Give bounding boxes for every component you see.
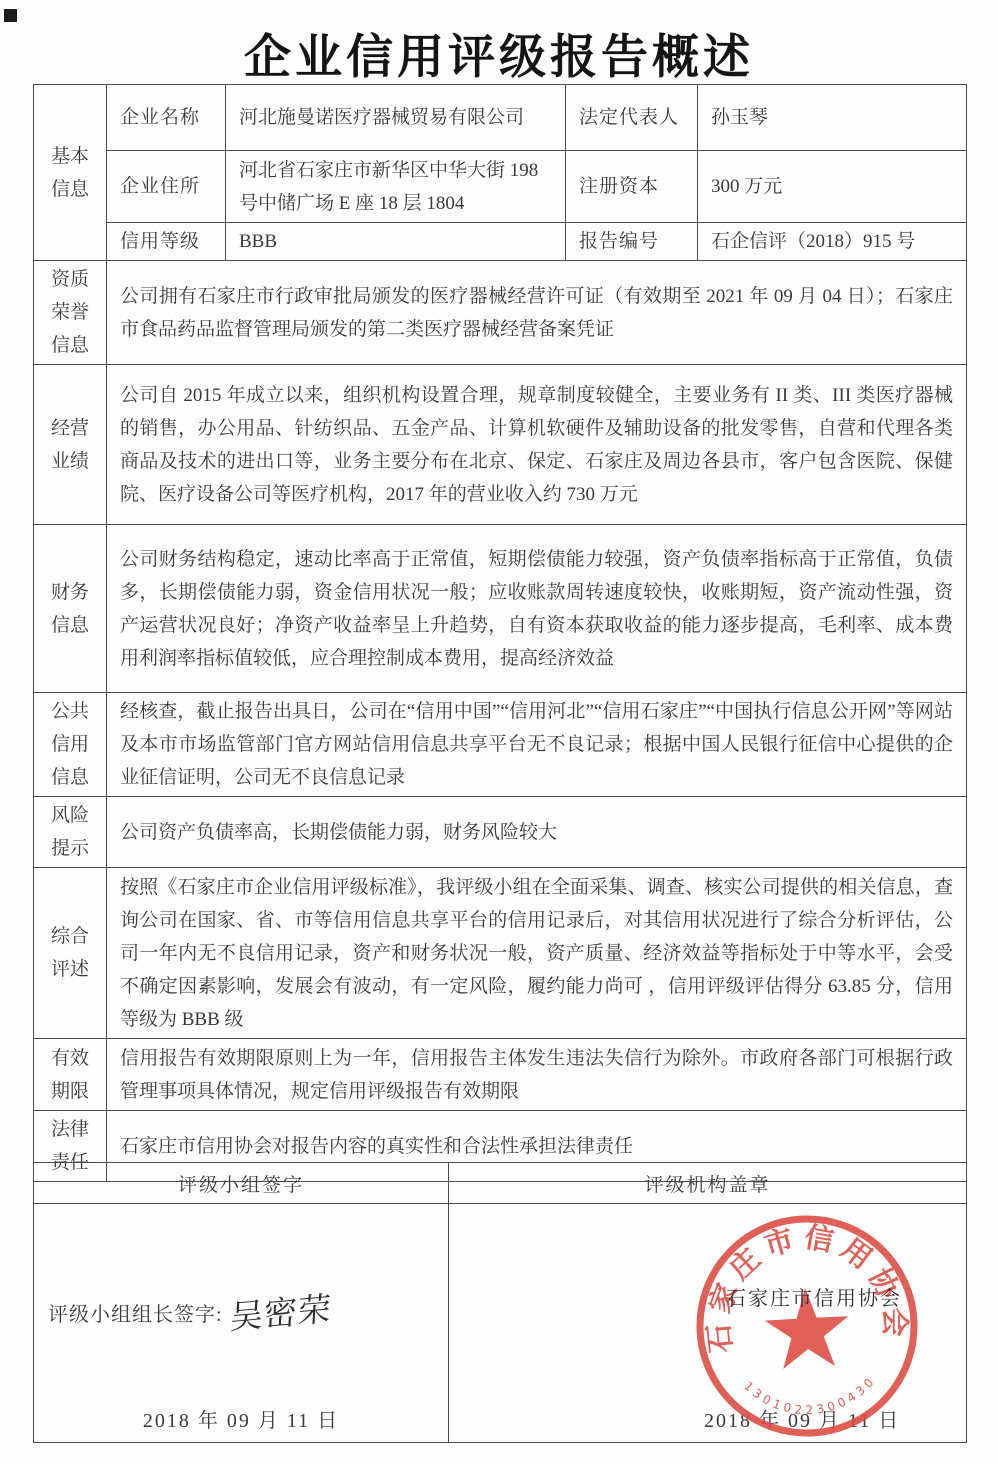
field-value: 300 万元	[698, 151, 967, 223]
field-value: BBB	[226, 223, 566, 261]
category-cell: 风险 提示	[34, 797, 107, 868]
field-label: 企业名称	[107, 85, 226, 151]
stamp-cell: 石家庄市信用协会 石家庄市信用协会 1301022300430	[449, 1204, 967, 1443]
category-cell: 公共 信用 信息	[34, 693, 107, 797]
printed-org-name: 石家庄市信用协会	[726, 1282, 902, 1311]
section-content: 公司财务结构稳定，速动比率高于正常值，短期偿债能力较强，资产负债率指标高于正常值…	[107, 525, 967, 693]
field-label: 法定代表人	[566, 85, 698, 151]
category-cell: 资质 荣誉 信息	[34, 261, 107, 365]
table-row: 有效 期限 信用报告有效期限原则上为一年，信用报告主体发生违法失信行为除外。市政…	[34, 1039, 967, 1111]
signature-label: 评级小组组长签字:	[48, 1304, 223, 1326]
category-cell: 基本 信息	[34, 85, 107, 261]
section-content: 经核查，截止报告出具日，公司在“信用中国”“信用河北”“信用石家庄”“中国执行信…	[107, 693, 967, 797]
field-label: 信用等级	[107, 223, 226, 261]
field-value: 石企信评（2018）915 号	[698, 223, 967, 261]
category-cell: 财务 信息	[34, 525, 107, 693]
section-content: 信用报告有效期限原则上为一年，信用报告主体发生违法失信行为除外。市政府各部门可根…	[107, 1039, 967, 1111]
table-row: 信用等级 BBB 报告编号 石企信评（2018）915 号	[34, 223, 967, 261]
page-title: 企业信用评级报告概述	[0, 20, 998, 87]
table-row: 基本 信息 企业名称 河北施曼诺医疗器械贸易有限公司 法定代表人 孙玉琴	[34, 85, 967, 151]
table-row: 综合 评述 按照《石家庄市企业信用评级标准》，我评级小组在全面采集、调查、核实公…	[34, 868, 967, 1039]
section-content: 按照《石家庄市企业信用评级标准》，我评级小组在全面采集、调查、核实公司提供的相关…	[107, 868, 967, 1039]
signature-line: 评级小组组长签字:吴密荣	[48, 1292, 331, 1339]
field-value: 河北省石家庄市新华区中华大街 198 号中储广场 E 座 18 层 1804	[226, 151, 566, 223]
field-label: 报告编号	[566, 223, 698, 261]
field-label: 企业住所	[107, 151, 226, 223]
handwritten-signature: 吴密荣	[229, 1283, 333, 1339]
signoff-table: 评级小组签字 评级机构盖章 评级小组组长签字:吴密荣 2018 年 09 月 1…	[33, 1162, 967, 1443]
category-cell: 经营 业绩	[34, 365, 107, 525]
table-row: 公共 信用 信息 经核查，截止报告出具日，公司在“信用中国”“信用河北”“信用石…	[34, 693, 967, 797]
category-cell: 有效 期限	[34, 1039, 107, 1111]
stamp-serial: 1301022300430	[741, 1372, 881, 1420]
table-row: 资质 荣誉 信息 公司拥有石家庄市行政审批局颁发的医疗器械经营许可证（有效期至 …	[34, 261, 967, 365]
report-page: 企业信用评级报告概述 基本 信息 企业名称 河北施曼诺医疗器械贸易有限公司 法定…	[0, 0, 998, 1464]
field-value: 河北施曼诺医疗器械贸易有限公司	[226, 85, 566, 151]
signature-cell: 评级小组组长签字:吴密荣 2018 年 09 月 11 日	[34, 1204, 449, 1443]
sign-header-left: 评级小组签字	[34, 1163, 449, 1204]
table-row: 评级小组组长签字:吴密荣 2018 年 09 月 11 日 石家庄市信用协会	[34, 1204, 967, 1443]
field-value: 孙玉琴	[698, 85, 967, 151]
report-table: 基本 信息 企业名称 河北施曼诺医疗器械贸易有限公司 法定代表人 孙玉琴 企业住…	[33, 84, 967, 1182]
table-row: 财务 信息 公司财务结构稳定，速动比率高于正常值，短期偿债能力较强，资产负债率指…	[34, 525, 967, 693]
table-row: 风险 提示 公司资产负债率高，长期偿债能力弱，财务风险较大	[34, 797, 967, 868]
field-label: 注册资本	[566, 151, 698, 223]
org-stamp: 石家庄市信用协会 1301022300430	[687, 1206, 927, 1446]
section-content: 公司资产负债率高，长期偿债能力弱，财务风险较大	[107, 797, 967, 868]
table-row: 经营 业绩 公司自 2015 年成立以来，组织机构设置合理，规章制度较健全，主要…	[34, 365, 967, 525]
sign-header-right: 评级机构盖章	[449, 1163, 967, 1204]
section-content: 公司自 2015 年成立以来，组织机构设置合理，规章制度较健全，主要业务有 II…	[107, 365, 967, 525]
table-row: 企业住所 河北省石家庄市新华区中华大街 198 号中储广场 E 座 18 层 1…	[34, 151, 967, 223]
category-cell: 综合 评述	[34, 868, 107, 1039]
signoff-date-left: 2018 年 09 月 11 日	[34, 1404, 448, 1433]
table-row: 评级小组签字 评级机构盖章	[34, 1163, 967, 1204]
section-content: 公司拥有石家庄市行政审批局颁发的医疗器械经营许可证（有效期至 2021 年 09…	[107, 261, 967, 365]
